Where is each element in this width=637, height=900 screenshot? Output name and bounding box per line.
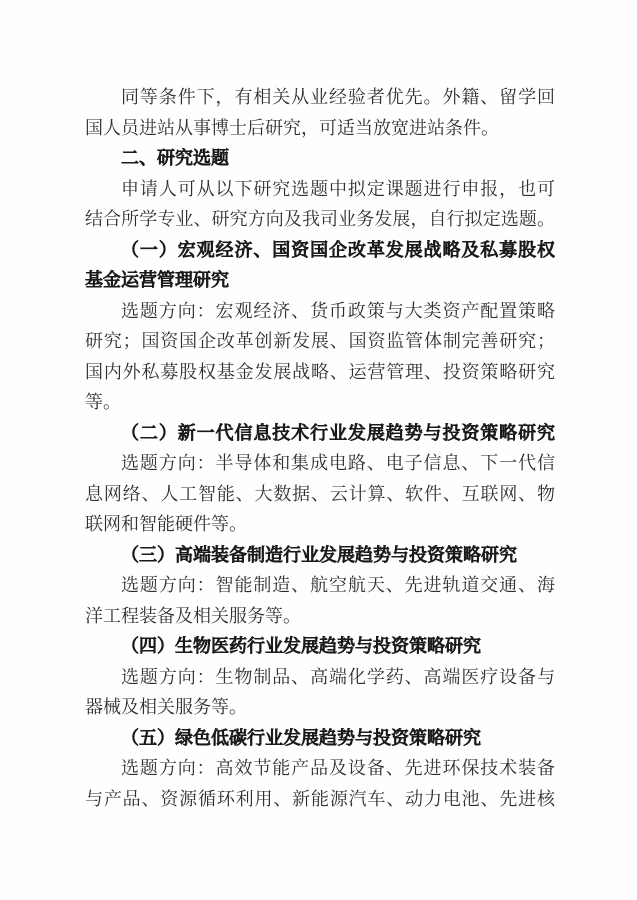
doc-line: 选题方向：半导体和集成电路、电子信息、下一代信: [85, 449, 555, 480]
doc-line: （四）生物医药行业发展趋势与投资策略研究: [85, 632, 555, 663]
section-heading-topic-4: （四）生物医药行业发展趋势与投资策略研究: [85, 632, 555, 663]
doc-line: 选题方向：宏观经济、货币政策与大类资产配置策略: [85, 297, 555, 328]
doc-line: 息网络、人工智能、大数据、云计算、软件、互联网、物: [85, 480, 555, 511]
doc-line: （三）高端装备制造行业发展趋势与投资策略研究: [85, 541, 555, 572]
section-heading-topic-1: （一）宏观经济、国资国企改革发展战略及私募股权 基金运营管理研究: [85, 236, 555, 297]
doc-line: （一）宏观经济、国资国企改革发展战略及私募股权: [85, 236, 555, 267]
paragraph-topic-2-directions: 选题方向：半导体和集成电路、电子信息、下一代信 息网络、人工智能、大数据、云计算…: [85, 449, 555, 541]
doc-line: 器械及相关服务等。: [85, 693, 555, 724]
doc-line: 二、研究选题: [85, 144, 555, 175]
doc-line: 国人员进站从事博士后研究，可适当放宽进站条件。: [85, 114, 555, 145]
doc-line: （二）新一代信息技术行业发展趋势与投资策略研究: [85, 419, 555, 450]
paragraph-topic-3-directions: 选题方向：智能制造、航空航天、先进轨道交通、海 洋工程装备及相关服务等。: [85, 571, 555, 632]
doc-line: 结合所学专业、研究方向及我司业务发展，自行拟定选题。: [85, 205, 555, 236]
doc-line: 同等条件下，有相关从业经验者优先。外籍、留学回: [85, 83, 555, 114]
doc-line: 选题方向：智能制造、航空航天、先进轨道交通、海: [85, 571, 555, 602]
paragraph-topic-4-directions: 选题方向：生物制品、高端化学药、高端医疗设备与 器械及相关服务等。: [85, 663, 555, 724]
document-page: 同等条件下，有相关从业经验者优先。外籍、留学回 国人员进站从事博士后研究，可适当…: [0, 0, 637, 900]
doc-line: 研究；国资国企改革创新发展、国资监管体制完善研究；: [85, 327, 555, 358]
doc-line: 联网和智能硬件等。: [85, 510, 555, 541]
doc-line: 基金运营管理研究: [85, 266, 555, 297]
doc-line: 选题方向：生物制品、高端化学药、高端医疗设备与: [85, 663, 555, 694]
doc-line: 等。: [85, 388, 555, 419]
doc-line: 国内外私募股权基金发展战略、运营管理、投资策略研究: [85, 358, 555, 389]
document-content: 同等条件下，有相关从业经验者优先。外籍、留学回 国人员进站从事博士后研究，可适当…: [85, 83, 555, 815]
paragraph-intro-conditions: 同等条件下，有相关从业经验者优先。外籍、留学回 国人员进站从事博士后研究，可适当…: [85, 83, 555, 144]
doc-line: 与产品、资源循环利用、新能源汽车、动力电池、先进核: [85, 785, 555, 816]
doc-line: 申请人可从以下研究选题中拟定课题进行申报，也可: [85, 175, 555, 206]
section-heading-topic-5: （五）绿色低碳行业发展趋势与投资策略研究: [85, 724, 555, 755]
doc-line: 选题方向：高效节能产品及设备、先进环保技术装备: [85, 754, 555, 785]
section-heading-topic-2: （二）新一代信息技术行业发展趋势与投资策略研究: [85, 419, 555, 450]
doc-line: （五）绿色低碳行业发展趋势与投资策略研究: [85, 724, 555, 755]
doc-line: 洋工程装备及相关服务等。: [85, 602, 555, 633]
section-heading-research-topics: 二、研究选题: [85, 144, 555, 175]
paragraph-topic-1-directions: 选题方向：宏观经济、货币政策与大类资产配置策略 研究；国资国企改革创新发展、国资…: [85, 297, 555, 419]
section-heading-topic-3: （三）高端装备制造行业发展趋势与投资策略研究: [85, 541, 555, 572]
paragraph-topic-5-directions: 选题方向：高效节能产品及设备、先进环保技术装备 与产品、资源循环利用、新能源汽车…: [85, 754, 555, 815]
paragraph-application-note: 申请人可从以下研究选题中拟定课题进行申报，也可 结合所学专业、研究方向及我司业务…: [85, 175, 555, 236]
